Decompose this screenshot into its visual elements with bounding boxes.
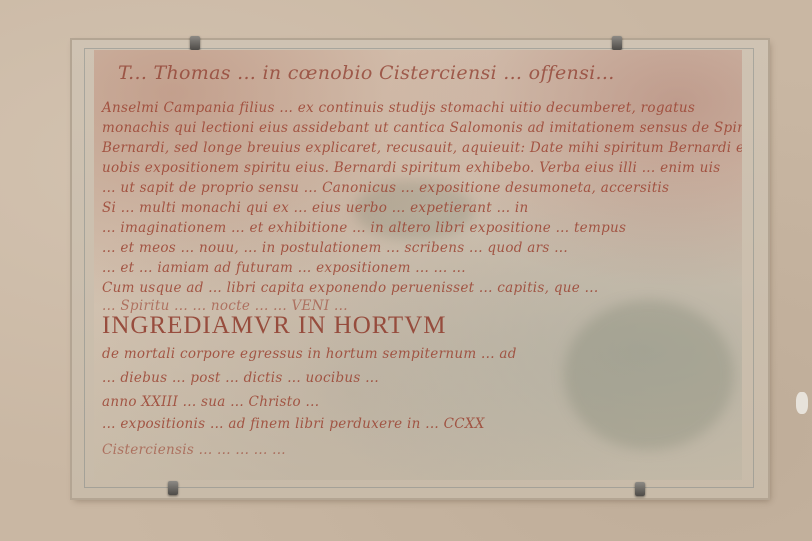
inscription-line: anno XXIII ... sua ... Christo ... bbox=[102, 394, 734, 410]
mounting-clip-bottom-left bbox=[168, 481, 178, 495]
mounting-clip-top-left bbox=[190, 36, 200, 50]
inscription-line: ... et meos ... nouu, ... in postulation… bbox=[102, 240, 734, 256]
inscription-line: monachis qui lectioni eius assidebant ut… bbox=[102, 120, 734, 136]
inscription-line: Anselmi Campania filius ... ex continuis… bbox=[102, 100, 734, 116]
inscription-line: ... et ... iamiam ad futuram ... exposit… bbox=[102, 260, 734, 276]
mounting-clip-bottom-right bbox=[635, 482, 645, 496]
inscription-caps-line: INGREDIAMVR IN HORTVM bbox=[102, 312, 734, 340]
inscription-heading: T... Thomas ... in cœnobio Cisterciensi … bbox=[118, 62, 734, 84]
inscription-line: Cum usque ad ... libri capita exponendo … bbox=[102, 280, 734, 296]
inscription-panel: T... Thomas ... in cœnobio Cisterciensi … bbox=[72, 40, 768, 498]
inscription-line: ... imaginationem ... et exhibitione ...… bbox=[102, 220, 734, 236]
inscription-line: Si ... multi monachi qui ex ... eius uer… bbox=[102, 200, 734, 216]
inscription-line: Cisterciensis ... ... ... ... ... bbox=[102, 442, 734, 458]
inscription-line: ... expositionis ... ad finem libri perd… bbox=[102, 416, 734, 432]
inscription-line: Bernardi, sed longe breuius explicaret, … bbox=[102, 140, 734, 156]
inscription-line: ... ut sapit de proprio sensu ... Canoni… bbox=[102, 180, 734, 196]
inscription-line: de mortali corpore egressus in hortum se… bbox=[102, 346, 734, 362]
photo-scene: T... Thomas ... in cœnobio Cisterciensi … bbox=[0, 0, 812, 541]
mounting-clip-top-right bbox=[612, 36, 622, 50]
wall-plaster-chip bbox=[796, 392, 808, 414]
inscription-line: uobis expositionem spiritu eius. Bernard… bbox=[102, 160, 734, 176]
fresco-surface: T... Thomas ... in cœnobio Cisterciensi … bbox=[94, 50, 742, 480]
inscription-line: ... diebus ... post ... dictis ... uocib… bbox=[102, 370, 734, 386]
